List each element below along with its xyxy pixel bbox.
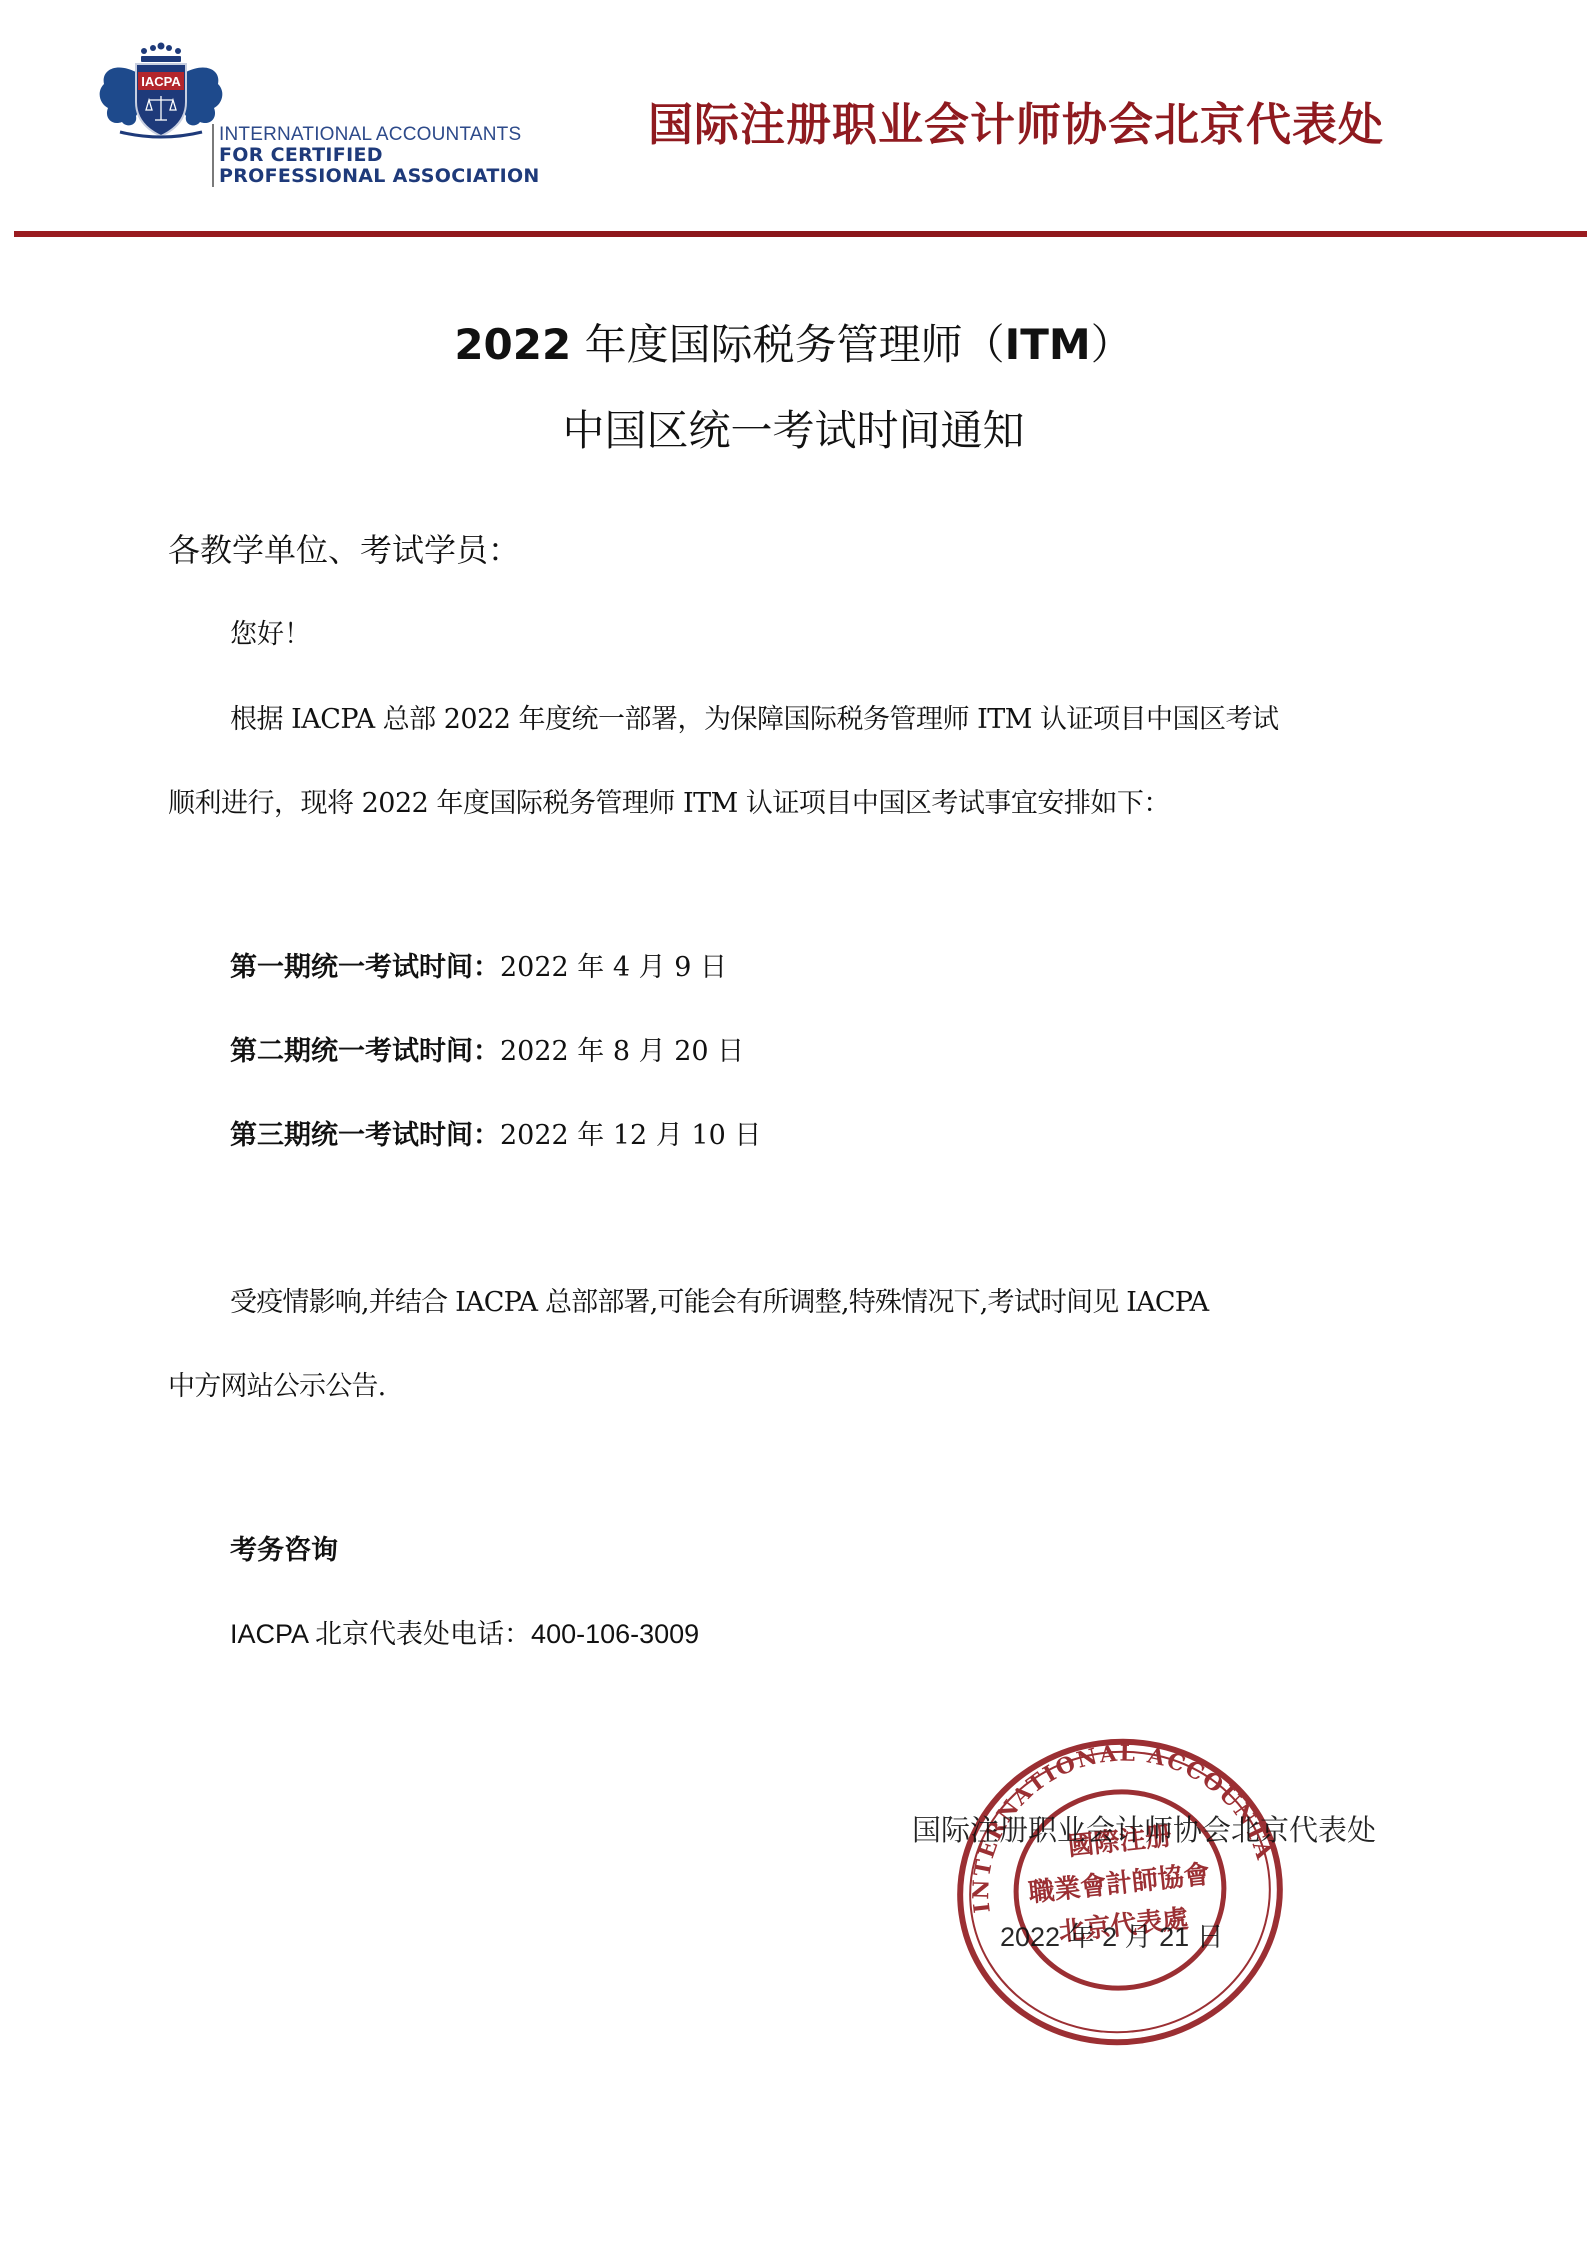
document-title-line-2: 中国区统一考试时间通知: [0, 398, 1587, 458]
paragraph-1-line-2: 顺利进行，现将 2022 年度国际税务管理师 ITM 认证项目中国区考试事宜安排…: [168, 781, 1170, 820]
exam-schedule-row: 第二期统一考试时间：2022 年 8 月 20 日: [230, 1029, 744, 1068]
letterhead-org-title: 国际注册职业会计师协会北京代表处: [648, 88, 1384, 153]
exam-date: 2022 年 12 月 10 日: [500, 1120, 761, 1151]
logo-line-2: FOR CERTIFIED: [219, 145, 540, 166]
title-abbr: ITM: [1005, 320, 1091, 369]
consult-heading: 考务咨询: [230, 1528, 338, 1567]
phone-number: 400-106-3009: [531, 1619, 699, 1649]
paragraph-2-line-2: 中方网站公示公告.: [168, 1364, 385, 1403]
phone-label: IACPA 北京代表处电话：: [230, 1619, 531, 1649]
signature-date: 2022 年 2 月 21 日: [1000, 1915, 1224, 1954]
paragraph-2-line-1: 受疫情影响,并结合 IACPA 总部部署,可能会有所调整,特殊情况下,考试时间见…: [230, 1280, 1208, 1319]
logo-line-3: PROFESSIONAL ASSOCIATION: [219, 166, 540, 187]
exam-schedule-row: 第一期统一考试时间：2022 年 4 月 9 日: [230, 945, 727, 984]
greeting: 您好！: [230, 612, 311, 651]
salutation: 各教学单位、考试学员：: [168, 525, 520, 571]
svg-text:職業會計師協會: 職業會計師協會: [1027, 1859, 1211, 1909]
exam-period-label: 第二期统一考试时间：: [230, 1036, 500, 1067]
title-year: 2022: [454, 320, 571, 369]
exam-period-label: 第三期统一考试时间：: [230, 1120, 500, 1151]
exam-date: 2022 年 8 月 20 日: [500, 1036, 744, 1067]
exam-schedule-row: 第三期统一考试时间：2022 年 12 月 10 日: [230, 1113, 761, 1152]
official-seal-stamp: INTERNATIONAL ACCOUNTANTS FOR CERTIFIED …: [940, 1722, 1300, 2062]
paragraph-1-line-1: 根据 IACPA 总部 2022 年度统一部署，为保障国际税务管理师 ITM 认…: [230, 697, 1279, 736]
letterhead-divider: [14, 231, 1587, 237]
exam-date: 2022 年 4 月 9 日: [500, 952, 727, 983]
exam-period-label: 第一期统一考试时间：: [230, 952, 500, 983]
logo-line-1: INTERNATIONAL ACCOUNTANTS: [219, 124, 540, 145]
crown-icon: [141, 43, 181, 63]
logo-wordmark: INTERNATIONAL ACCOUNTANTS FOR CERTIFIED …: [212, 124, 540, 187]
signature-organization: 国际注册职业会计师协会北京代表处: [912, 1808, 1376, 1849]
title-text: 年度国际税务管理师（: [571, 320, 1004, 369]
svg-text:IACPA: IACPA: [141, 74, 181, 89]
document-title-line-1: 2022 年度国际税务管理师（ITM）: [0, 312, 1587, 372]
consult-phone-line: IACPA 北京代表处电话：400-106-3009: [230, 1612, 699, 1651]
title-close-paren: ）: [1091, 320, 1133, 369]
